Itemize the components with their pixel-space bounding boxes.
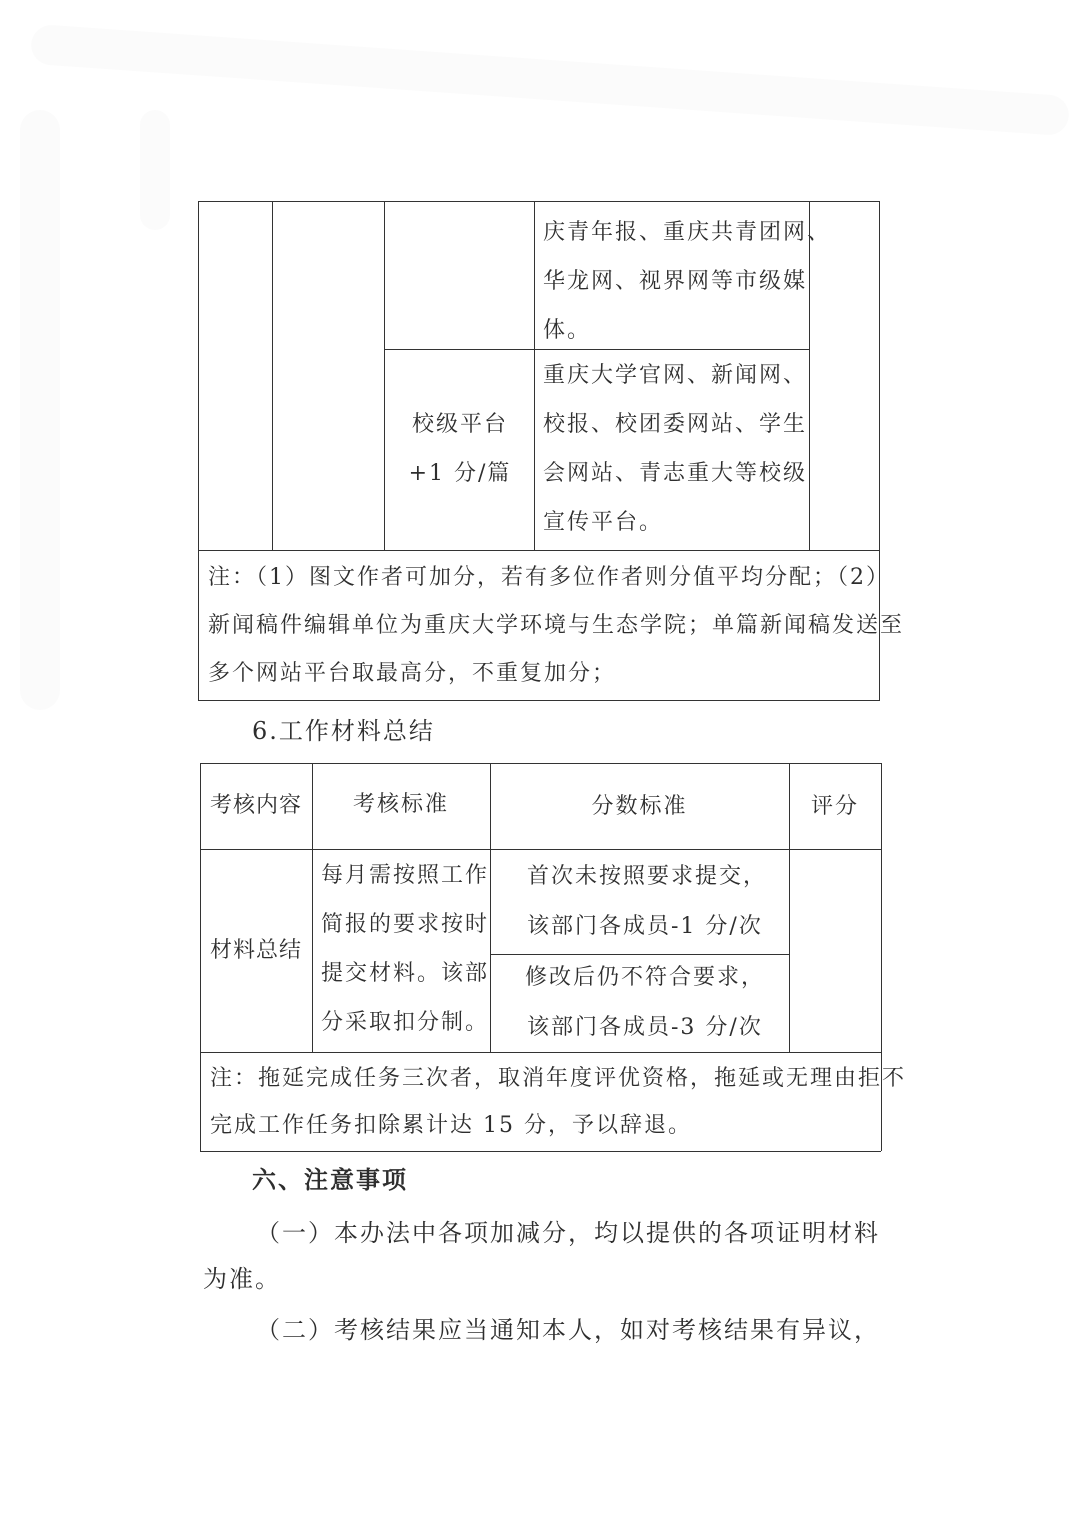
cell-rating (790, 850, 880, 1052)
cell-text: +1 分/篇 (386, 449, 534, 499)
scan-smudge (140, 110, 170, 230)
cell-content: 材料总结 (200, 926, 312, 976)
cell-text: 首次未按照要求提交， (527, 852, 767, 902)
cell-text: 该部门各成员-1 分/次 (527, 902, 763, 952)
cell-text: 宣传平台。 (543, 498, 663, 548)
scan-smudge (20, 110, 60, 710)
note-line: 多个网站平台取最高分，不重复加分； (208, 649, 616, 699)
cell-text: 体。 (543, 306, 591, 356)
table-border (198, 550, 880, 551)
table-border (534, 201, 535, 550)
table-border (198, 700, 880, 701)
paragraph-line: （一）本办法中各项加减分，均以提供的各项证明材料 (256, 1208, 880, 1258)
cell-text: 重庆大学官网、新闻网、 (543, 351, 807, 401)
table-border (384, 349, 809, 350)
scan-smudge (30, 24, 1070, 136)
cell-text: 校报、校团委网站、学生 (543, 400, 807, 450)
note-line: 注：（1）图文作者可加分，若有多位作者则分值平均分配；（2） (208, 553, 890, 603)
section-heading: 6.工作材料总结 (252, 706, 435, 756)
cell-text: 分采取扣分制。 (321, 998, 489, 1048)
cell-text: 该部门各成员-3 分/次 (527, 1003, 763, 1053)
table-border (200, 1151, 881, 1152)
table-border (384, 201, 385, 550)
table-border (200, 763, 881, 764)
note-line: 注：拖延完成任务三次者，取消年度评优资格，拖延或无理由拒不 (210, 1054, 906, 1104)
column-header-content: 考核内容 (200, 781, 312, 831)
table-border (200, 849, 881, 850)
cell-text: 华龙网、视界网等市级媒 (543, 257, 807, 307)
cell-text: 校级平台 (386, 400, 534, 450)
note-line: 完成工作任务扣除累计达 15 分，予以辞退。 (210, 1101, 692, 1151)
cell-text: 提交材料。该部 (321, 949, 489, 999)
paragraph-line: 为准。 (203, 1254, 281, 1304)
paragraph-line: （二）考核结果应当通知本人，如对考核结果有异议， (256, 1305, 880, 1355)
table-border (272, 201, 273, 550)
column-header-rating: 评分 (789, 782, 881, 832)
column-header-score-standard: 分数标准 (490, 782, 789, 832)
table-border (198, 201, 199, 700)
section-heading: 六、注意事项 (252, 1155, 408, 1205)
cell-text: 会网站、青志重大等校级 (543, 449, 807, 499)
note-line: 新闻稿件编辑单位为重庆大学环境与生态学院；单篇新闻稿发送至 (208, 601, 904, 651)
cell-text: 简报的要求按时 (321, 900, 489, 950)
cell-text: 庆青年报、重庆共青团网、 (543, 208, 831, 258)
cell-text: 修改后仍不符合要求， (525, 953, 765, 1003)
table-border (198, 201, 880, 202)
column-header-standard: 考核标准 (312, 780, 490, 830)
cell-text: 每月需按照工作 (321, 851, 489, 901)
